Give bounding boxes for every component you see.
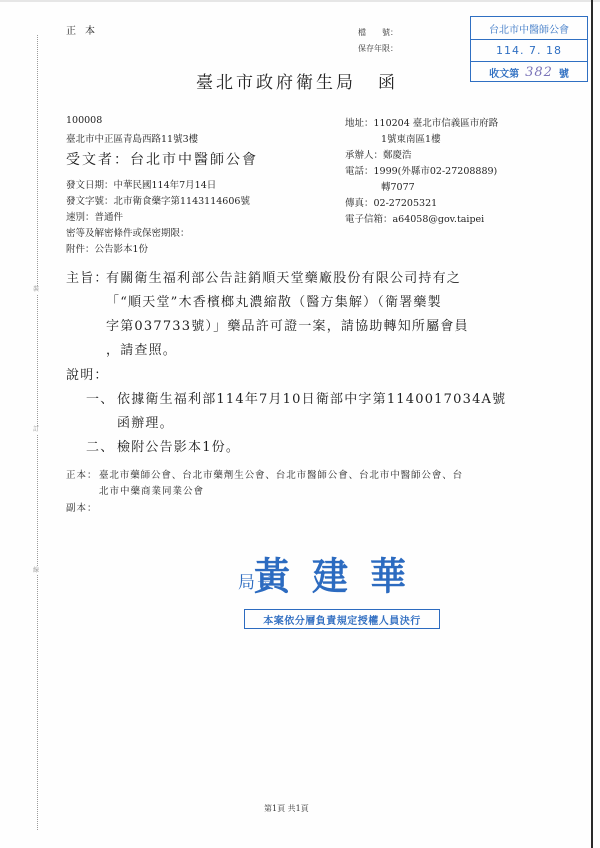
- subject-label: 主旨：: [66, 267, 109, 286]
- binding-mark-xian: 線: [33, 567, 39, 575]
- page-indicator: 第1頁 共1頁: [264, 803, 309, 814]
- issuing-agency: 臺北市政府衛生局: [196, 73, 356, 93]
- subject-line-2: 「“順天堂”木香檳榔丸濃縮散（醫方集解）（衛署藥製: [106, 291, 442, 310]
- stamp-received-suffix: 號: [559, 65, 569, 80]
- stamp-received-number: 收文第 382 號: [471, 61, 587, 83]
- contact-address-line2: 1號東南區1樓: [381, 131, 441, 145]
- stamp-date: 114. 7. 18: [471, 39, 587, 61]
- subject-line-4: ，請查照。: [106, 339, 177, 358]
- stamp-received-label: 收文第: [489, 65, 519, 80]
- scan-top-edge: [0, 0, 600, 2]
- authorization-stamp: 本案依分層負責規定授權人員決行: [244, 609, 440, 629]
- attachment: 附件：公告影本1份: [66, 241, 148, 255]
- phone-line2: 轉7077: [381, 179, 415, 193]
- received-stamp: 台北市中醫師公會 114. 7. 18 收文第 382 號: [470, 16, 588, 82]
- original-recipients-label: 正本：: [66, 467, 98, 481]
- description-item-1-line-2: 函辦理。: [117, 412, 174, 431]
- file-number-label: 檔 號：: [358, 27, 398, 38]
- contact-address-line1: 地址：110204 臺北市信義區市府路: [345, 115, 498, 129]
- confidentiality: 密等及解密條件或保密期限：: [66, 225, 190, 239]
- binding-mark-zhuang: 裝: [33, 286, 39, 294]
- email[interactable]: 電子信箱：a64058@gov.taipei: [345, 211, 484, 225]
- binding-mark-ding: 訂: [33, 426, 39, 434]
- original-recipients-line-1: 臺北市藥師公會、台北市藥劑生公會、台北市醫師公會、台北市中醫師公會、台: [99, 467, 463, 481]
- copy-type-label: 正本: [66, 22, 104, 37]
- scan-right-edge: [591, 0, 593, 848]
- document-kind: 函: [378, 73, 398, 93]
- description-label: 說明：: [66, 364, 109, 383]
- postal-code: 100008: [66, 115, 102, 126]
- recipient: 受文者：台北市中醫師公會: [66, 149, 258, 169]
- stamp-handwritten-number: 382: [525, 65, 553, 80]
- description-item-2-line-1: 檢附公告影本1份。: [117, 436, 240, 455]
- description-item-1-line-1: 依據衛生福利部114年7月10日衛部中字第1140017034A號: [117, 388, 506, 407]
- issue-number: 發文字號：北市衛食藥字第1143114606號: [66, 193, 250, 207]
- sender-address: 臺北市中正區青島西路11號3樓: [66, 131, 198, 145]
- issue-date: 發文日期：中華民國114年7月14日: [66, 177, 216, 191]
- document-title: 臺北市政府衛生局函: [196, 68, 398, 93]
- delivery-speed: 速別：普通件: [66, 209, 123, 223]
- copy-recipients-label: 副本：: [66, 500, 98, 514]
- subject-line-1: 有關衛生福利部公告註銷順天堂藥廠股份有限公司持有之: [106, 267, 461, 286]
- stamp-org: 台北市中醫師公會: [471, 17, 587, 39]
- subject-line-3: 字第037733號）」藥品許可證一案，請協助轉知所屬會員: [106, 315, 469, 334]
- phone-line1: 電話：1999(外縣市02-27208889): [345, 163, 497, 177]
- signature-name-stamp: 黃建華: [254, 548, 428, 602]
- description-item-2-number: 二、: [86, 436, 114, 455]
- document-page: 裝 訂 線 正本 檔 號： 保存年限： 臺北市政府衛生局函 台北市中醫師公會 1…: [0, 0, 600, 848]
- retention-period-label: 保存年限：: [358, 43, 398, 54]
- description-item-1-number: 一、: [86, 388, 114, 407]
- fax: 傳真：02-27205321: [345, 195, 437, 209]
- handler: 承辦人：鄭慶浩: [345, 147, 412, 161]
- original-recipients-line-2: 北市中藥商業同業公會: [99, 483, 204, 497]
